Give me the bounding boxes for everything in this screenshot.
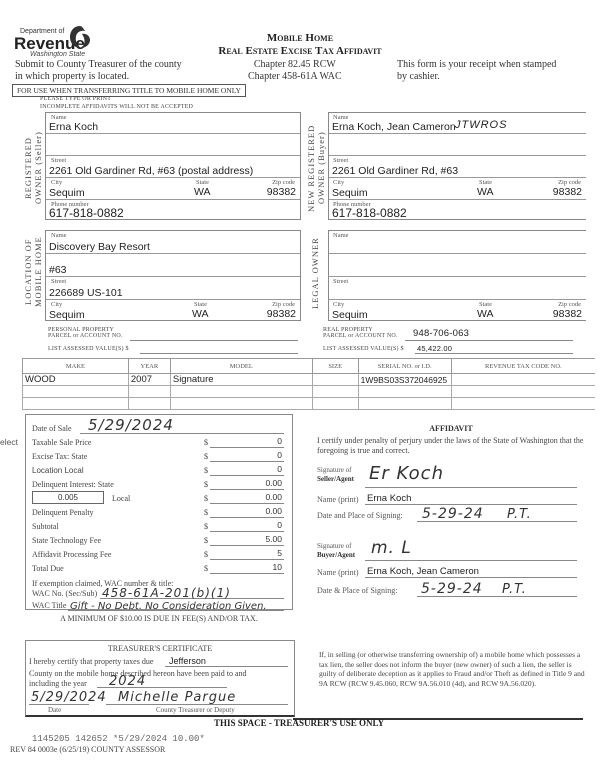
buyer-city-field[interactable]: Sequim — [332, 187, 368, 199]
location-street-field[interactable]: 226689 US-101 — [49, 287, 123, 299]
cell-serial[interactable] — [358, 398, 451, 410]
personal-assessed-label: LIST ASSESSED VALUE(S) $ — [48, 346, 129, 352]
buyer-name-row: Name Erna Koch, Jean Cameron JTWROS — [329, 113, 586, 134]
chapter-line-2: Chapter 458-61A WAC — [248, 71, 342, 83]
treasurer-date-label: Date — [48, 706, 61, 714]
buyer-date-place-label: Date & Place of Signing: — [317, 586, 397, 595]
buyer-name-print-field[interactable]: Erna Koch, Jean Cameron — [367, 566, 479, 577]
fee-value[interactable]: 5.00 — [265, 534, 282, 544]
table-header-row: MAKE YEAR MODEL SIZE SERIAL NO. or I.D. … — [23, 359, 596, 374]
fee-line-delinquent-interest-state: Delinquent Interest: State$0.00 — [32, 477, 284, 491]
buyer-date-place-row: Date & Place of Signing: 5-29-24 P.T. — [317, 580, 577, 597]
table-row: WOOD 2007 Signature 1W9BS03S372046925 — [23, 374, 596, 386]
location-section-label: LOCATION OF MOBILE HOME — [23, 226, 45, 318]
location-city-field[interactable]: Sequim — [49, 309, 85, 321]
cell-size[interactable] — [312, 398, 358, 410]
fee-label: Delinquent Interest: State — [32, 480, 114, 489]
fee-value[interactable]: 5 — [277, 548, 282, 558]
dor-logo-icon — [68, 24, 92, 50]
real-account-field[interactable]: 948-706-063 — [405, 328, 573, 341]
fee-label: Excise Tax: State — [32, 452, 87, 461]
form-title-line1: Mobile Home — [170, 32, 430, 44]
personal-property-section: PERSONAL PROPERTY PARCEL or ACCOUNT NO. … — [48, 327, 298, 354]
state-label: State — [194, 301, 207, 308]
fee-line-excise-state: Excise Tax: State$0 — [32, 449, 284, 463]
submit-line-2: in which property is located. — [15, 71, 182, 83]
cell-tax-code[interactable] — [451, 398, 595, 410]
cell-make[interactable]: WOOD — [23, 374, 129, 386]
incomplete-note: INCOMPLETE AFFIDAVITS WILL NOT BE ACCEPT… — [40, 104, 193, 110]
seller-street-row: Street 2261 Old Gardiner Rd, #63 (postal… — [46, 156, 300, 178]
cell-size[interactable] — [312, 386, 358, 398]
seller-signature-field[interactable]: Er Koch — [369, 463, 444, 484]
affidavit-certification-text: I certify under penalty of perjury under… — [317, 436, 585, 456]
buyer-agent-label: Buyer/Agent — [317, 551, 355, 560]
city-label: City — [333, 179, 344, 186]
city-label: City — [51, 179, 62, 186]
wac-no-label: WAC No. (Sec/Sub) — [32, 589, 97, 598]
seller-signature-row: Signature of Seller/Agent Er Koch — [317, 463, 577, 488]
name-label: Name — [51, 232, 67, 239]
mobile-home-table: MAKE YEAR MODEL SIZE SERIAL NO. or I.D. … — [22, 358, 595, 410]
seller-date-place-label: Date and Place of Signing: — [317, 511, 403, 520]
buyer-phone-field[interactable]: 617-818-0882 — [332, 206, 407, 220]
submit-line-1: Submit to County Treasurer of the county — [15, 59, 182, 71]
col-size: SIZE — [312, 359, 358, 374]
cashier-stamp: 1145205 142652 *5/29/2024 10.00* — [32, 734, 205, 744]
buyer-signature-field[interactable]: m. L — [371, 538, 412, 558]
treasurer-county-field[interactable]: Jefferson — [169, 656, 206, 666]
chapter-line-1: Chapter 82.45 RCW — [248, 59, 342, 71]
fee-value[interactable]: 0 — [277, 450, 282, 460]
fee-value[interactable]: 0.00 — [265, 506, 282, 516]
fee-label: State Technology Fee — [32, 536, 101, 545]
cell-serial[interactable] — [358, 386, 451, 398]
legal-city-row: City Sequim State WA Zip code 98382 — [329, 300, 586, 322]
fee-label: Affidavit Processing Fee — [32, 550, 111, 559]
seller-section-label: REGISTERED OWNER (Seller) — [23, 113, 45, 223]
buyer-sig-label: Signature of — [317, 542, 355, 551]
legal-name2-row — [329, 254, 586, 277]
col-year: YEAR — [128, 359, 170, 374]
receipt-note: This form is your receipt when stamped b… — [397, 59, 556, 83]
name-label: Name — [333, 232, 349, 239]
fee-label: Total Due — [32, 564, 64, 573]
treasurer-sig-label: County Treasurer or Deputy — [156, 706, 235, 714]
wac-title-row: WAC Title Gift - No Debt. No Considerati… — [32, 599, 284, 611]
buyer-street-row: Street 2261 Old Gardiner Rd, #63 — [329, 156, 586, 178]
cell-year[interactable] — [128, 386, 170, 398]
dollar-sign: $ — [204, 494, 208, 503]
seller-label-1: REGISTERED — [23, 137, 33, 199]
wac-no-row: WAC No. (Sec/Sub) 458-61A-201(b)(1) — [32, 587, 284, 599]
location-name-row: Name Discovery Bay Resort — [46, 231, 300, 254]
seller-street-field[interactable]: 2261 Old Gardiner Rd, #63 (postal addres… — [49, 165, 253, 177]
fee-underline — [210, 520, 284, 532]
logo-state-text: Washington State — [30, 51, 85, 58]
receipt-line-1: This form is your receipt when stamped — [397, 59, 556, 71]
legal-name-row: Name — [329, 231, 586, 254]
cell-year[interactable] — [128, 398, 170, 410]
fee-value[interactable]: 0 — [277, 464, 282, 474]
seller-name-print-field[interactable]: Erna Koch — [367, 493, 411, 504]
buyer-label-2: OWNER (Buyer) — [316, 132, 326, 205]
fee-line-delinquent-interest-local: 0.005 Local$0.00 — [32, 491, 284, 505]
seller-box: Name Erna Koch Street 2261 Old Gardiner … — [45, 112, 301, 220]
state-label: State — [479, 301, 492, 308]
col-revenue-tax-code: REVENUE TAX CODE NO. — [451, 359, 595, 374]
tax-lien-notice: If, in selling (or otherwise transferrin… — [319, 650, 585, 688]
legal-street-row: Street — [329, 277, 586, 300]
table-row — [23, 386, 596, 398]
real-property-section: REAL PROPERTY PARCEL or ACCOUNT NO. 948-… — [323, 327, 573, 354]
fee-line-delinquent-penalty: Delinquent Penalty$0.00 — [32, 505, 284, 519]
col-make: MAKE — [23, 359, 129, 374]
receipt-line-2: by cashier. — [397, 71, 556, 83]
cell-model[interactable]: Signature — [170, 374, 312, 386]
treasurer-certificate-box: TREASURER'S CERTIFICATE I hereby certify… — [25, 640, 295, 717]
location-city-row: City Sequim State WA Zip code 98382 — [46, 300, 300, 322]
buyer-street-field[interactable]: 2261 Old Gardiner Rd, #63 — [332, 165, 458, 177]
form-title-line2: Real Estate Excise Tax Affidavit — [170, 45, 430, 57]
fee-line-affidavit-processing-fee: Affidavit Processing Fee$5 — [32, 547, 284, 561]
fee-value[interactable]: 10 — [273, 562, 282, 572]
legal-owner-section-label: LEGAL OWNER — [310, 228, 324, 318]
cell-model[interactable] — [170, 398, 312, 410]
fee-line-excise-local: Location Local$0 — [32, 463, 284, 477]
treasurer-signature-field[interactable]: Michelle Pargue — [118, 690, 236, 705]
treasurer-year-field[interactable]: 2024 — [109, 674, 146, 689]
seller-state-field[interactable]: WA — [194, 186, 211, 198]
dollar-sign: $ — [204, 536, 208, 545]
legal-owner-city-field[interactable]: Sequim — [332, 309, 368, 321]
buyer-city-row: City Sequim State WA Zip code 98382 — [329, 178, 586, 200]
zip-label: Zip code — [272, 179, 295, 186]
seller-name-field[interactable]: Erna Koch — [49, 121, 98, 133]
legal-owner-zip-field[interactable]: 98382 — [553, 308, 582, 320]
treasurer-date-row: 5/29/2024 — [29, 689, 89, 705]
real-assessed-field[interactable]: 45,422.00 — [415, 344, 573, 354]
treasurer-line-3: including the year — [29, 679, 87, 688]
date-of-sale-label: Date of Sale — [32, 424, 72, 433]
chapter-reference: Chapter 82.45 RCW Chapter 458-61A WAC — [248, 59, 342, 83]
buyer-label-1: NEW REGISTERED — [306, 124, 316, 211]
wac-title-field[interactable]: Gift - No Debt. No Consideration Given. — [70, 601, 267, 612]
buyer-section-label: NEW REGISTERED OWNER (Buyer) — [306, 113, 328, 223]
street-label: Street — [51, 157, 66, 164]
city-label: City — [51, 301, 62, 308]
dollar-sign: $ — [204, 508, 208, 517]
personal-account-field[interactable] — [130, 333, 298, 341]
treasurer-line-1: I hereby certify that property taxes due — [29, 657, 153, 666]
real-assessed-label: LIST ASSESSED VALUE(S) $ — [323, 346, 404, 352]
fee-line-total-due: Total Due$10 — [32, 561, 284, 575]
wac-title-label: WAC Title — [32, 601, 66, 610]
location-space-field[interactable]: #63 — [49, 264, 67, 276]
cell-make[interactable] — [23, 398, 129, 410]
location-state-field[interactable]: WA — [192, 308, 209, 320]
col-model: MODEL — [170, 359, 312, 374]
dollar-sign: $ — [204, 438, 208, 447]
buyer-name-print-label: Name (print) — [317, 568, 359, 577]
date-of-sale-row: Date of Sale 5/29/2024 — [32, 418, 284, 434]
seller-city-row: City Sequim State WA Zip code 98382 — [46, 178, 300, 200]
cell-size[interactable] — [312, 374, 358, 386]
zip-label: Zip code — [558, 301, 581, 308]
personal-account-label: PARCEL or ACCOUNT NO. — [48, 333, 123, 339]
cell-year[interactable]: 2007 — [128, 374, 170, 386]
treasurer-year-row: including the year 2024 — [29, 678, 288, 688]
personal-assessed-field[interactable] — [140, 346, 298, 354]
dollar-sign: $ — [204, 550, 208, 559]
seller-phone-row: Phone number 617-818-0882 — [46, 200, 300, 221]
fee-line-taxable-sale-price: Taxable Sale Price$0 — [32, 435, 284, 449]
location-street-row: Street 226689 US-101 — [46, 277, 300, 300]
fee-value[interactable]: 0.00 — [265, 492, 282, 502]
fee-label: Taxable Sale Price — [32, 438, 91, 447]
dollar-sign: $ — [204, 480, 208, 489]
fee-line-subtotal: Subtotal$0 — [32, 519, 284, 533]
seller-name2-row — [46, 134, 300, 156]
type-print-note: PLEASE TYPE OR PRINT — [40, 96, 111, 102]
buyer-tenancy-handwritten: JTWROS — [455, 119, 507, 131]
fee-label: Local — [112, 494, 130, 503]
buyer-state-field[interactable]: WA — [477, 186, 494, 198]
dollar-sign: $ — [204, 466, 208, 475]
location-name2-row: #63 — [46, 254, 300, 277]
seller-agent-label: Seller/Agent — [317, 475, 354, 484]
select-location-dropdown[interactable]: Location Local — [32, 466, 84, 475]
seller-city-field[interactable]: Sequim — [49, 187, 85, 199]
location-label-1: LOCATION OF — [23, 239, 33, 306]
real-account-label: PARCEL or ACCOUNT NO. — [323, 333, 398, 339]
cell-tax-code[interactable] — [451, 374, 595, 386]
treasurer-signature-row: Michelle Pargue — [106, 689, 288, 705]
location-code-field[interactable]: 0.005 — [32, 491, 104, 504]
street-label: Street — [51, 278, 66, 285]
fee-line-state-technology-fee: State Technology Fee$5.00 — [32, 533, 284, 547]
fee-label: Subtotal — [32, 522, 59, 531]
cell-serial[interactable]: 1W9BS03S372046925 — [358, 374, 451, 386]
buyer-signing-place-field[interactable]: P.T. — [502, 582, 527, 597]
treasurer-use-only-label: THIS SPACE - TREASURER'S USE ONLY — [214, 718, 384, 728]
cell-make[interactable] — [23, 386, 129, 398]
dollar-sign: $ — [204, 452, 208, 461]
affidavit-title: AFFIDAVIT — [317, 424, 585, 433]
fee-underline — [210, 436, 284, 448]
location-name-field[interactable]: Discovery Bay Resort — [49, 241, 150, 253]
name-label: Name — [333, 114, 349, 121]
legal-owner-state-field[interactable]: WA — [477, 308, 494, 320]
treasurer-cert-title: TREASURER'S CERTIFICATE — [26, 644, 294, 653]
location-zip-field[interactable]: 98382 — [267, 308, 296, 320]
minimum-fee-note: A MINIMUM OF $10.00 IS DUE IN FEE(S) AND… — [25, 614, 293, 623]
dollar-sign: $ — [204, 564, 208, 573]
treasurer-date-field[interactable]: 5/29/2024 — [31, 690, 107, 705]
buyer-name-field[interactable]: Erna Koch, Jean Cameron — [332, 121, 456, 133]
seller-sig-label: Signature of — [317, 466, 354, 475]
buyer-box: Name Erna Koch, Jean Cameron JTWROS Stre… — [328, 112, 586, 220]
street-label: Street — [333, 157, 348, 164]
buyer-signing-date-field[interactable]: 5-29-24 — [421, 581, 483, 597]
form-revision-id: REV 84 0003e (6/25/19) COUNTY ASSESSOR — [10, 745, 165, 754]
col-serial: SERIAL NO. or I.D. — [358, 359, 451, 374]
wac-no-field[interactable]: 458-61A-201(b)(1) — [102, 586, 231, 600]
dor-logo: Department of Revenue Washington State — [10, 26, 90, 62]
state-label: State — [479, 179, 492, 186]
buyer-phone-row: Phone number 617-818-0882 — [329, 200, 586, 221]
legal-owner-box: Name Street City Sequim State WA Zip cod… — [328, 230, 586, 321]
fee-box: Date of Sale 5/29/2024 Taxable Sale Pric… — [25, 414, 293, 610]
seller-phone-field[interactable]: 617-818-0882 — [49, 206, 124, 220]
table-row — [23, 398, 596, 410]
fee-underline — [210, 464, 284, 476]
city-label: City — [333, 301, 344, 308]
name-label: Name — [51, 114, 67, 121]
fee-underline — [210, 548, 284, 560]
fee-value[interactable]: 0 — [277, 520, 282, 530]
seller-signing-date-field[interactable]: 5-29-24 — [422, 506, 484, 522]
street-label: Street — [333, 278, 348, 285]
fee-label: Delinquent Penalty — [32, 508, 94, 517]
affidavit-section: AFFIDAVIT I certify under penalty of per… — [317, 424, 585, 456]
cell-model[interactable] — [170, 386, 312, 398]
seller-signing-place-field[interactable]: P.T. — [507, 507, 532, 522]
treasurer-county-row: I hereby certify that property taxes due… — [29, 656, 288, 667]
submit-instruction: Submit to County Treasurer of the county… — [15, 59, 182, 83]
zip-label: Zip code — [272, 301, 295, 308]
dollar-sign: $ — [204, 522, 208, 531]
state-label: State — [196, 179, 209, 186]
fee-value[interactable]: 0.00 — [265, 478, 282, 488]
cell-tax-code[interactable] — [451, 386, 595, 398]
date-of-sale-field[interactable]: 5/29/2024 — [88, 416, 174, 434]
fee-underline — [210, 450, 284, 462]
seller-label-2: OWNER (Seller) — [33, 132, 43, 205]
buyer-name-print-row: Name (print) Erna Koch, Jean Cameron — [317, 565, 577, 578]
buyer-zip-field[interactable]: 98382 — [553, 186, 582, 198]
seller-name-print-row: Name (print) Erna Koch — [317, 492, 577, 505]
zip-label: Zip code — [558, 179, 581, 186]
seller-name-print-label: Name (print) — [317, 495, 359, 504]
seller-date-place-row: Date and Place of Signing: 5-29-24 P.T. — [317, 506, 577, 522]
buyer-signature-row: Signature of Buyer/Agent m. L — [317, 536, 577, 561]
location-box: Name Discovery Bay Resort #63 Street 226… — [45, 230, 301, 321]
seller-name-row: Name Erna Koch — [46, 113, 300, 134]
location-label-2: MOBILE HOME — [33, 237, 43, 308]
seller-zip-field[interactable]: 98382 — [267, 186, 296, 198]
select-location-clip: elect — [0, 437, 18, 447]
fee-value[interactable]: 0 — [277, 436, 282, 446]
buyer-name2-row — [329, 134, 586, 156]
